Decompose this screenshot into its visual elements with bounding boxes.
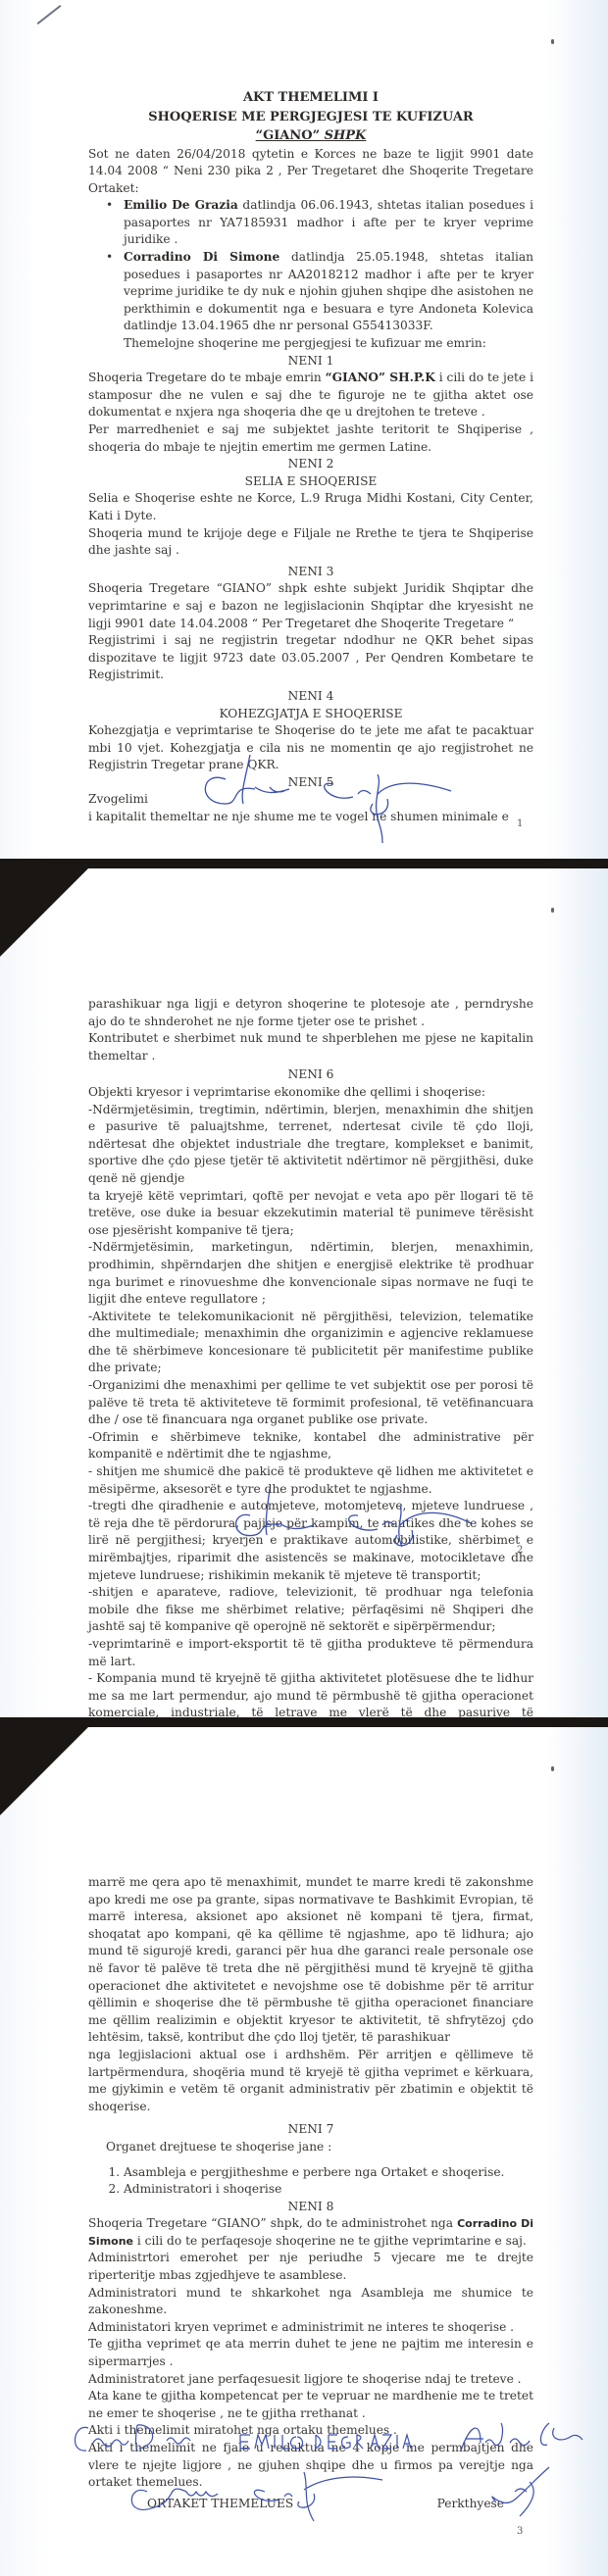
article-3-heading: NENI 3 bbox=[88, 564, 533, 581]
article-1-heading: NENI 1 bbox=[88, 353, 533, 371]
page-number: 1 bbox=[517, 818, 523, 829]
page-1: AKT THEMELIMI I SHOQERISE ME PERGJEGJESI… bbox=[0, 0, 608, 859]
partner-name: Corradino Di Simone bbox=[124, 250, 279, 264]
article-8-paragraph: Te gjitha veprimet qe ata merrin duhet t… bbox=[88, 2336, 533, 2370]
page-number: 3 bbox=[517, 2526, 523, 2537]
article-7-intro: Organet drejtuese te shoqerise jane : bbox=[88, 2139, 533, 2156]
title-line-1: AKT THEMELIMI I bbox=[88, 88, 533, 108]
article-8-paragraph: Shoqeria Tregetare “GIANO” shpk, do te a… bbox=[88, 2215, 533, 2250]
article-2-paragraph-2: Shoqeria mund te krijoje dege e Filjale … bbox=[88, 525, 533, 560]
article-6-item: -shitjen e aparateve, radiove, televizio… bbox=[88, 1584, 533, 1636]
article-6-item: -Aktivitete te telekomunikacionit në për… bbox=[88, 1309, 533, 1377]
document-title: AKT THEMELIMI I SHOQERISE ME PERGJEGJESI… bbox=[88, 88, 533, 146]
article-6-item: ta kryejë këtë veprimtari, qoftë per nev… bbox=[88, 1188, 533, 1240]
signature-icon bbox=[226, 1486, 481, 1564]
scan-speck bbox=[551, 39, 554, 44]
article-2-heading: NENI 2 bbox=[88, 456, 533, 473]
text: Shoqeria Tregetare do te mbaje emrin bbox=[88, 371, 326, 384]
founding-line: Themelojne shoqerine me pergjegjesi te k… bbox=[88, 335, 533, 353]
folded-corner bbox=[0, 1727, 88, 1815]
article-5-paragraph-3: parashikuar nga ligji e detyron shoqerin… bbox=[88, 996, 533, 1030]
partner-item: Corradino Di Simone datlindja 25.05.1948… bbox=[124, 249, 533, 335]
article-6-item: -veprimtarinë e import-eksportit të të g… bbox=[88, 1636, 533, 1670]
article-7-heading: NENI 7 bbox=[88, 2121, 533, 2139]
article-6-item: - Kompania mund të kryejnë të gjitha akt… bbox=[88, 1670, 533, 1717]
text: Shoqeria Tregetare “GIANO” shpk, do te a… bbox=[88, 2216, 457, 2230]
scan-speck bbox=[551, 1766, 554, 1771]
governing-body-item: Asambleja e pergjitheshme e perbere nga … bbox=[124, 2164, 533, 2182]
article-8-paragraph: Administrtori emerohet per nje periudhe … bbox=[88, 2250, 533, 2284]
article-6-item: -Organizimi dhe menaxhimi per qellime te… bbox=[88, 1377, 533, 1429]
founders-translator-signatures bbox=[69, 2413, 598, 2525]
article-8-paragraph: Administatori kryen veprimet e administr… bbox=[88, 2319, 533, 2337]
article-4-subheading: KOHEZGJATJA E SHOQERISE bbox=[88, 706, 533, 723]
page-2-content: parashikuar nga ligji e detyron shoqerin… bbox=[88, 996, 533, 1717]
governing-body-item: Administratori i shoqerise bbox=[124, 2181, 533, 2199]
signature-icon bbox=[196, 750, 461, 843]
page-3: marrë me qera apo të menaxhimit, mundet … bbox=[0, 1717, 608, 2576]
company-form: SHPK bbox=[325, 128, 367, 143]
article-6-heading: NENI 6 bbox=[88, 1066, 533, 1084]
article-8-heading: NENI 8 bbox=[88, 2199, 533, 2216]
article-6-item: -Ndërmjetësimin, marketingun, ndërtimin,… bbox=[88, 1239, 533, 1308]
page-1-content: AKT THEMELIMI I SHOQERISE ME PERGJEGJESI… bbox=[88, 88, 533, 826]
partner-item: Emilio De Grazia datlindja 06.06.1943, s… bbox=[124, 197, 533, 249]
partners-list: Emilio De Grazia datlindja 06.06.1943, s… bbox=[88, 197, 533, 335]
article-6-continuation: marrë me qera apo të menaxhimit, mundet … bbox=[88, 1874, 533, 2047]
governing-bodies-list: Asambleja e pergjitheshme e perbere nga … bbox=[88, 2164, 533, 2199]
article-6-item: -Ndërmjetësimin, tregtimin, ndërtimin, b… bbox=[88, 1102, 533, 1188]
article-4-heading: NENI 4 bbox=[88, 688, 533, 706]
article-1-paragraph-2: Per marredheniet e saj me subjektet jash… bbox=[88, 421, 533, 456]
article-2-subheading: SELIA E SHOQERISE bbox=[88, 473, 533, 491]
signature-initials bbox=[226, 1486, 481, 1568]
article-2-paragraph: Selia e Shoqerise eshte ne Korce, L.9 Rr… bbox=[88, 490, 533, 524]
company-name-bold: “GIANO” SH.P.K bbox=[326, 371, 435, 384]
article-3-paragraph-2: Regjistrimi i saj ne regjistrin tregetar… bbox=[88, 632, 533, 684]
scan-speck bbox=[551, 908, 554, 913]
article-6-continuation-2: nga legjislacioni aktual ose i ardhshëm.… bbox=[88, 2047, 533, 2115]
article-5-paragraph-4: Kontributet e sherbimet nuk mund te shpe… bbox=[88, 1030, 533, 1065]
article-3-paragraph: Shoqeria Tregetare “GIANO” shpk eshte su… bbox=[88, 580, 533, 632]
article-8-paragraph: Administratori mund te shkarkohet nga As… bbox=[88, 2285, 533, 2319]
page-2: parashikuar nga ligji e detyron shoqerin… bbox=[0, 859, 608, 1717]
text: i cili do te perfaqesoje shoqerine ne te… bbox=[133, 2234, 527, 2248]
article-6-item: -Ofrimin e shërbimeve teknike, kontabel … bbox=[88, 1429, 533, 1463]
page-number: 2 bbox=[517, 1545, 523, 1556]
signature-icon bbox=[69, 2413, 598, 2521]
signature-initials bbox=[196, 750, 461, 847]
title-line-2: SHOQERISE ME PERGJEGJESI TE KUFIZUAR bbox=[88, 108, 533, 127]
article-1-paragraph: Shoqeria Tregetare do te mbaje emrin “GI… bbox=[88, 370, 533, 421]
partner-name: Emilio De Grazia bbox=[124, 198, 238, 212]
intro-paragraph: Sot ne daten 26/04/2018 qytetin e Korces… bbox=[88, 146, 533, 198]
title-company: “GIANO” SHPK bbox=[88, 126, 533, 146]
article-8-paragraph: Administratoret jane perfaqesuesit ligjo… bbox=[88, 2371, 533, 2389]
pen-stroke-mark bbox=[37, 5, 62, 25]
folded-corner bbox=[0, 868, 88, 957]
article-6-intro: Objekti kryesor i veprimtarise ekonomike… bbox=[88, 1084, 533, 1102]
company-name: “GIANO” bbox=[256, 128, 320, 143]
